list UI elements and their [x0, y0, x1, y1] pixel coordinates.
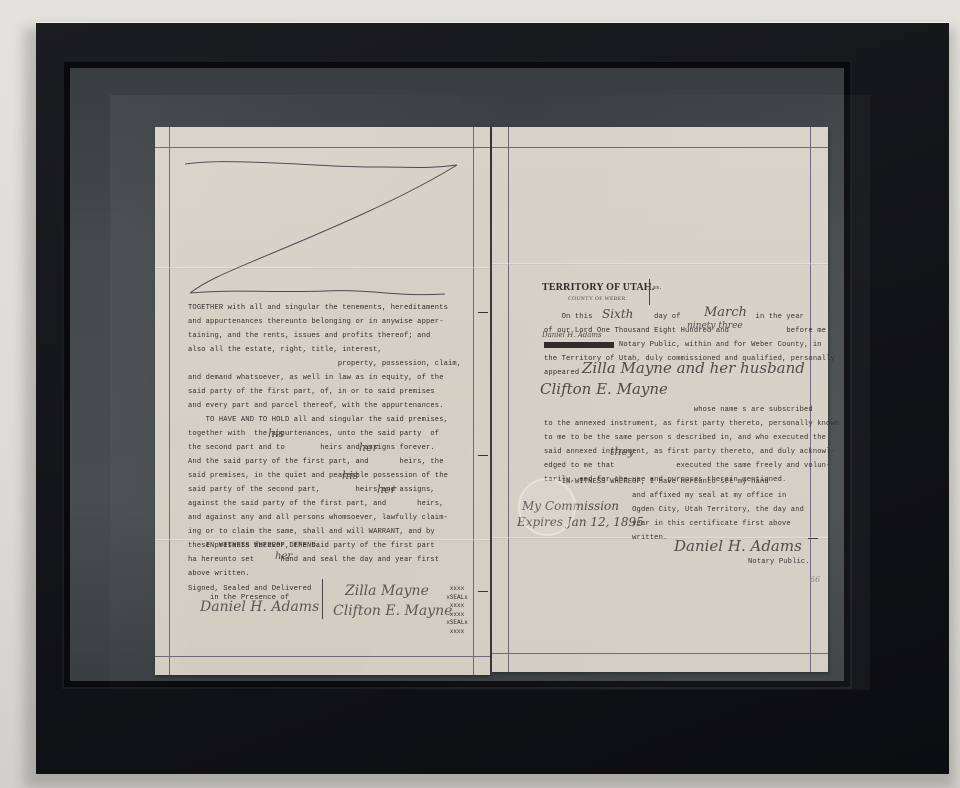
bottom-rule — [492, 653, 828, 654]
notary-title: Notary Public. — [748, 555, 810, 569]
struck-name — [544, 342, 614, 348]
margin-tick — [478, 591, 488, 592]
cancel-strike-mark — [155, 127, 490, 307]
margin-note: 66 — [810, 575, 820, 584]
margin-tick — [808, 538, 818, 539]
notary-signature: Daniel H. Adams — [674, 537, 802, 555]
margin-rule — [810, 127, 811, 672]
notary-seal-embossed — [518, 478, 576, 536]
acknowledgment-page-right: TERRITORY OF UTAH. COUNTY OF WEBER. ss. … — [492, 127, 828, 672]
handwritten-his: his — [268, 427, 284, 440]
seal-mark-1: xxxx xSEALx xxxx xxxx xSEALx xxxx — [442, 585, 472, 636]
territory-heading: TERRITORY OF UTAH. — [542, 282, 654, 293]
paper-fold — [492, 263, 828, 265]
handwritten-year: ninety three — [687, 321, 743, 331]
ss-bracket — [649, 279, 650, 305]
witness-signature: Daniel H. Adams — [200, 599, 319, 615]
handwritten-her: her — [377, 483, 396, 496]
handwritten-his: his — [342, 469, 358, 482]
grantor-signature-2: Clifton E. Mayne — [333, 603, 452, 619]
deed-page-left: TOGETHER with all and singular the tenem… — [155, 127, 490, 675]
county-subheading: COUNTY OF WEBER. — [568, 296, 627, 302]
handwritten-month: March — [704, 305, 747, 320]
handwritten-appeared-1: Zilla Mayne and her husband — [582, 359, 805, 377]
margin-rule — [508, 127, 509, 672]
signature-bracket — [322, 579, 323, 619]
grantor-signature-1: Zilla Mayne — [345, 583, 429, 599]
handwritten-her: her — [275, 551, 292, 562]
bottom-rule — [155, 656, 490, 657]
handwritten-appeared-2: Clifton E. Mayne — [540, 380, 668, 398]
habendum-clause: TOGETHER with all and singular the tenem… — [188, 301, 461, 553]
margin-tick — [478, 455, 488, 456]
witness-clause: IN WITNESS WHEREOF, the said party of th… — [188, 539, 439, 581]
handwritten-her: her — [359, 441, 378, 454]
handwritten-notary-insert: Daniel H. Adams — [542, 331, 602, 339]
handwritten-day: Sixth — [602, 307, 633, 321]
ss-mark: ss. — [653, 281, 662, 295]
handwritten-they: they — [610, 445, 634, 458]
margin-tick — [478, 312, 488, 313]
top-rule — [492, 147, 828, 148]
